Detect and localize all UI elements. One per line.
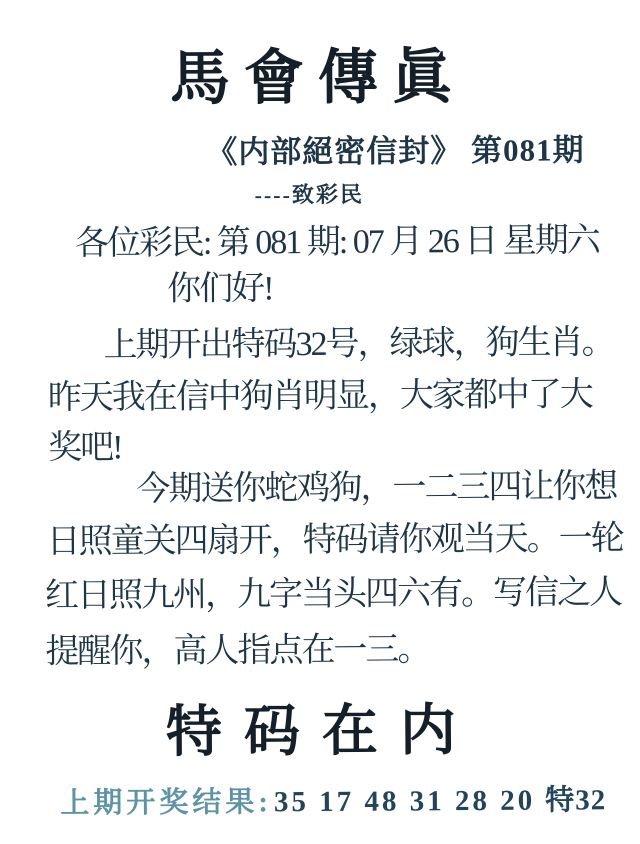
tips-paragraph-line-1: 今期送你蛇鸡狗，一二三四让你想 xyxy=(136,470,616,507)
document-title: 馬會傳眞 xyxy=(0,46,638,110)
greeting-hello-line: 你们好! xyxy=(167,272,273,307)
results-numbers: 35 17 48 31 28 20 xyxy=(274,785,535,819)
tips-paragraph-line-4: 提醒你，高人指点在一三。 xyxy=(45,633,429,669)
special-code-slogan: 特码在内 xyxy=(2,702,640,762)
fax-document-page: 馬會傳眞 《内部絕密信封》 第081期 ----致彩民 各位彩民: 第 081 … xyxy=(0,0,640,844)
scanned-sheet: 馬會傳眞 《内部絕密信封》 第081期 ----致彩民 各位彩民: 第 081 … xyxy=(0,0,640,844)
tips-paragraph-line-3: 红日照九州，九字当头四六有。写信之人 xyxy=(45,576,621,614)
tips-paragraph-line-2: 日照童关四扇开，特码请你观当天。一轮 xyxy=(47,522,623,560)
last-issue-paragraph-line-3: 奖吧! xyxy=(48,431,122,465)
last-issue-paragraph-line-1: 上期开出特码32号，绿球，狗生肖。 xyxy=(103,326,613,363)
previous-draw-results-line: 上期开奖结果:35 17 48 31 28 20特32 xyxy=(60,786,606,818)
last-issue-paragraph-line-2: 昨天我在信中狗肖明显，大家都中了大 xyxy=(48,378,592,415)
results-special-number: 特32 xyxy=(545,784,606,816)
dedication-line: ----致彩民 xyxy=(255,184,364,207)
results-label: 上期开奖结果: xyxy=(60,786,272,819)
document-subtitle-issue: 《内部絕密信封》 第081期 xyxy=(206,134,584,167)
greeting-issue-date-line: 各位彩民: 第 081 期: 07 月 26 日 星期六 xyxy=(75,224,599,261)
